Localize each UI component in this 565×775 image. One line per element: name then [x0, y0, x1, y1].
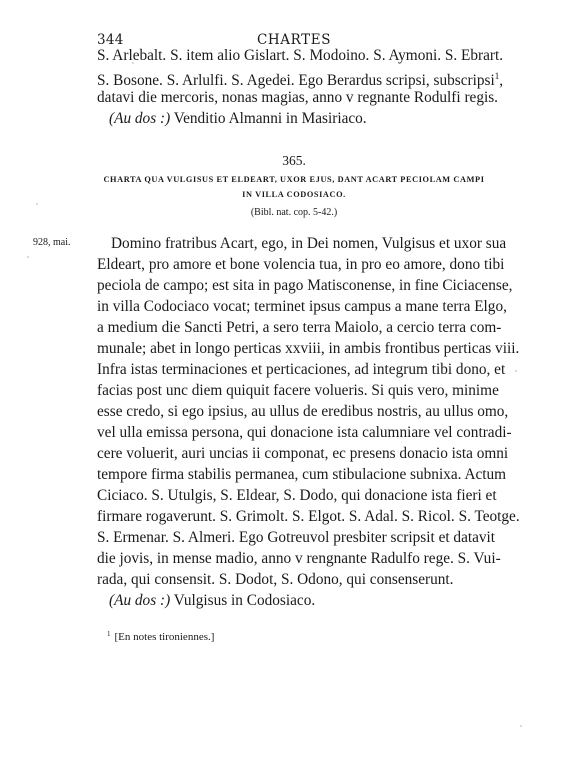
charter-title-line: IN VILLA CODOSIACO.: [97, 187, 491, 202]
footnote: 1[En notes tironiennes.]: [107, 626, 214, 645]
text-line: die jovis, in mense madio, anno v rengna…: [97, 548, 491, 569]
dorsal-label: (Au dos :): [109, 110, 170, 127]
text-line: munale; abet in longo perticas xxviii, i…: [97, 338, 491, 359]
document-page: 344 CHARTES S. Arlebalt. S. item alio Gi…: [0, 0, 565, 775]
text-line: datavi die mercoris, nonas magias, anno …: [97, 87, 491, 108]
text-line: esse credo, si ego ipsius, au ullus de e…: [97, 401, 491, 422]
dorsal-note: (Au dos :) Venditio Almanni in Masiriaco…: [97, 108, 491, 129]
text-line: Ciciaco. S. Utulgis, S. Eldear, S. Dodo,…: [97, 485, 491, 506]
scan-speck: [27, 256, 29, 258]
text-line: Infra istas terminaciones et perticacion…: [97, 359, 491, 380]
text-line: tempore firma stabilis permanea, cum sti…: [97, 464, 491, 485]
footnote-text: [En notes tironiennes.]: [115, 631, 215, 643]
charter-number: 365.: [97, 152, 491, 170]
text-line: facias post unc diem quiquit facere volu…: [97, 380, 491, 401]
text-line: S. Ermenar. S. Almeri. Ego Gotreuvol pre…: [97, 527, 491, 548]
text-line: S. Bosone. S. Arlulfi. S. Agedei. Ego Be…: [97, 66, 491, 87]
margin-date: 928, mai.: [33, 236, 71, 250]
scan-speck: [520, 725, 522, 727]
scan-speck: [36, 203, 38, 205]
dorsal-text: Vulgisus in Codosiaco.: [174, 592, 315, 609]
text-line: rada, qui consensit. S. Dodot, S. Odono,…: [97, 569, 491, 590]
dorsal-label: (Au dos :): [109, 592, 170, 609]
text-line: Domino fratribus Acart, ego, in Dei nome…: [97, 233, 491, 254]
source-citation: (Bibl. nat. cop. 5-42.): [97, 206, 491, 220]
scan-speck: [132, 62, 134, 64]
scan-speck: [515, 370, 517, 372]
text-line: in villa Codociaco vocat; terminet ipsus…: [97, 296, 491, 317]
text-line: firmare rogaverunt. S. Grimolt. S. Elgot…: [97, 506, 491, 527]
dorsal-note: (Au dos :) Vulgisus in Codosiaco.: [97, 590, 491, 611]
text-line: vel ulla emissa persona, qui donacione i…: [97, 422, 491, 443]
footnote-ref: 1: [495, 71, 500, 81]
text-line: S. Arlebalt. S. item alio Gislart. S. Mo…: [97, 45, 491, 66]
dorsal-text: Venditio Almanni in Masiriaco.: [174, 110, 367, 127]
text-line: Eldeart, pro amore et bone volencia tua,…: [97, 254, 491, 275]
text-line: cere voluerit, auri uncias ii componat, …: [97, 443, 491, 464]
footnote-mark: 1: [107, 630, 111, 638]
text-line: peciola de campo; est sita in pago Matis…: [97, 275, 491, 296]
charter-title-line: CHARTA QUA VULGISUS ET ELDEART, UXOR EJU…: [97, 172, 491, 187]
text-line: a medium die Sancti Petri, a sero terra …: [97, 317, 491, 338]
